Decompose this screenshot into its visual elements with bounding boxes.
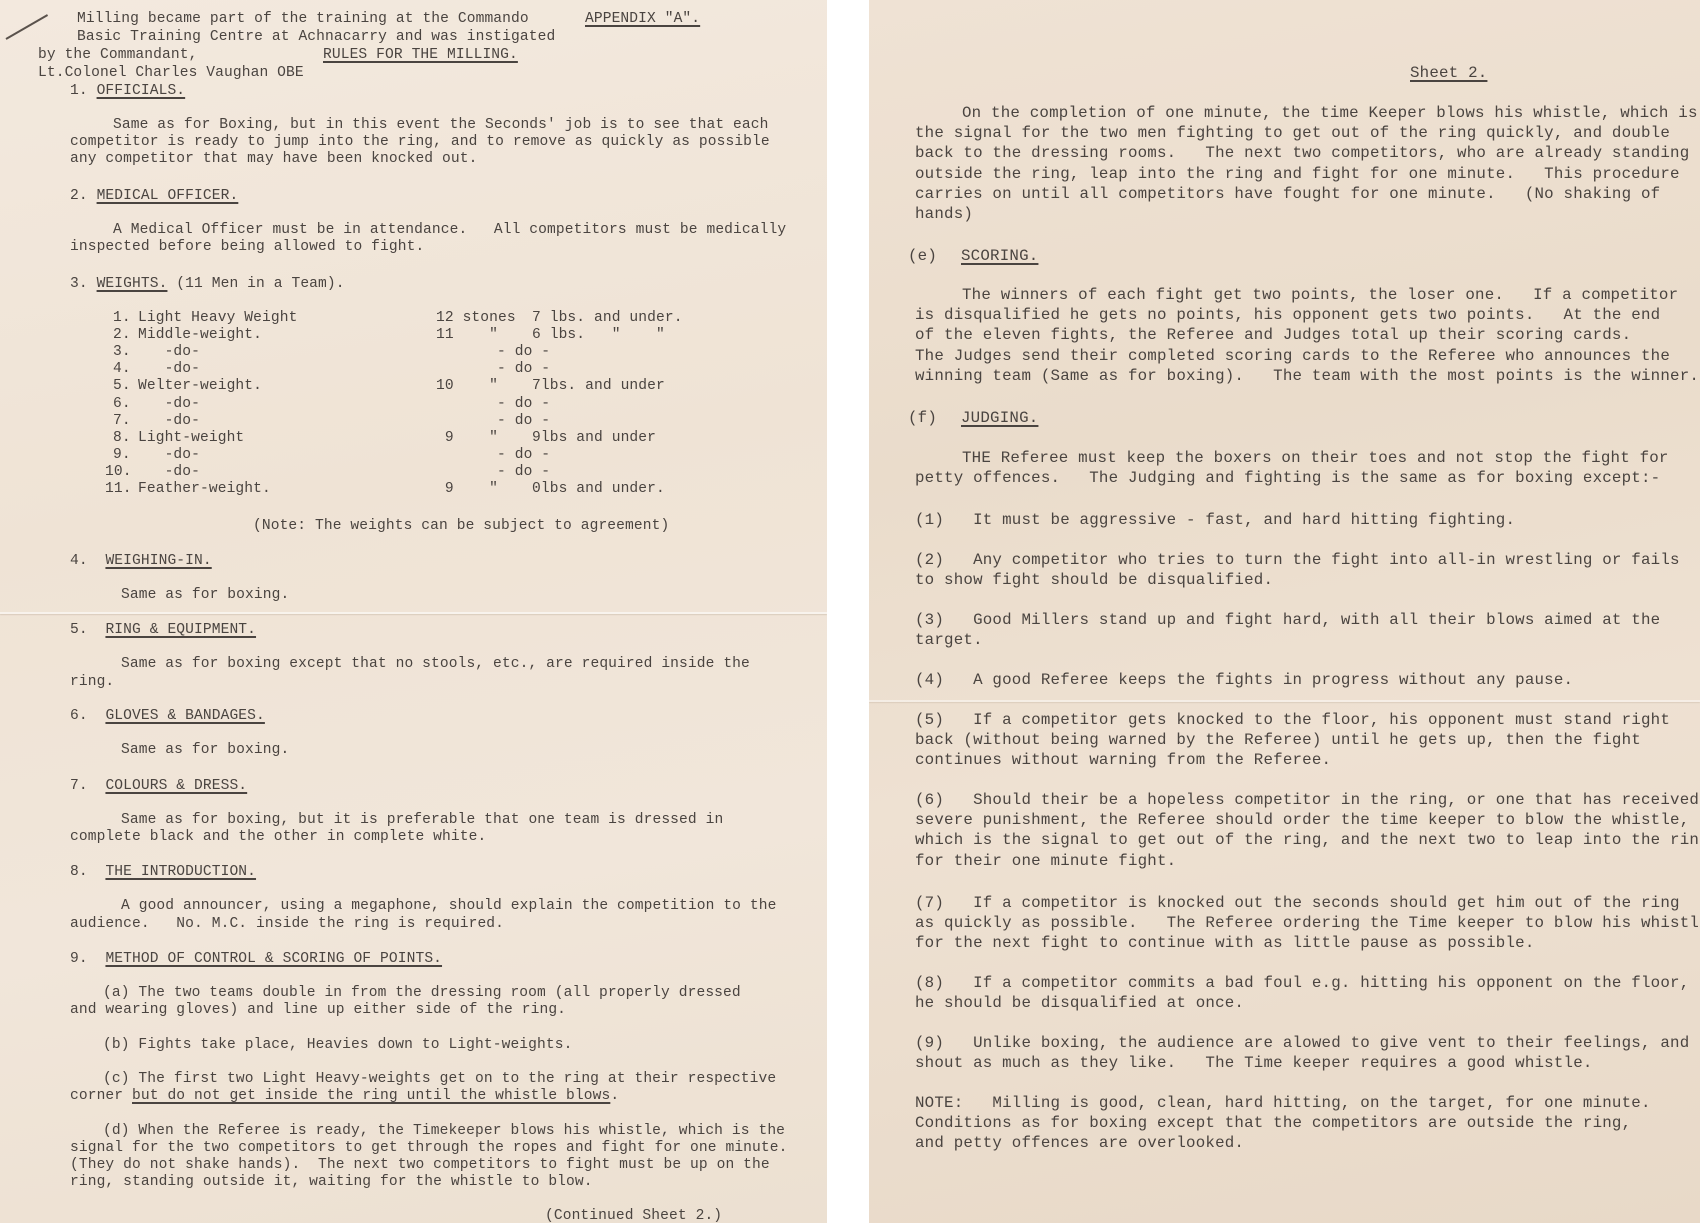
sheet-2-page: Sheet 2. On the completion of one minute… (869, 0, 1700, 1223)
weights-note: (Note: The weights can be subject to agr… (253, 518, 669, 535)
body-line: winning team (Same as for boxing). The t… (915, 366, 1699, 386)
weight-stones: 9 " (436, 430, 498, 447)
judging-rule-line: (2) Any competitor who tries to turn the… (915, 550, 1680, 570)
body-line: ring, standing outside it, waiting for t… (70, 1174, 593, 1191)
weight-lbs: - do - (497, 344, 550, 361)
weight-lbs: 7lbs. and under (532, 378, 665, 395)
weight-number: 11. (105, 481, 132, 498)
continued-label: (Continued Sheet 2.) (545, 1208, 722, 1223)
weight-lbs: 6 lbs. " " (532, 327, 665, 344)
weight-stones: 10 " (436, 378, 498, 395)
weight-class: -do- (138, 396, 200, 413)
body-line: inspected before being allowed to fight. (70, 239, 424, 256)
weight-class: -do- (138, 447, 200, 464)
body-line: the signal for the two men fighting to g… (915, 123, 1670, 143)
body-line: A good announcer, using a megaphone, sho… (121, 898, 776, 915)
body-line: carries on until all competitors have fo… (915, 184, 1660, 204)
judging-rule-line: severe punishment, the Referee should or… (915, 810, 1689, 830)
weight-number: 6. (113, 396, 131, 413)
body-line: The Judges send their completed scoring … (915, 346, 1670, 366)
body-line: (They do not shake hands). The next two … (70, 1157, 770, 1174)
body-line: hands) (915, 204, 973, 224)
weight-lbs: - do - (497, 361, 550, 378)
weight-lbs: 7 lbs. and under. (532, 310, 683, 327)
weight-lbs: - do - (497, 396, 550, 413)
subsection-label: (e) (908, 246, 937, 266)
judging-rule-line: (1) It must be aggressive - fast, and ha… (915, 510, 1515, 530)
sheet-title: Sheet 2. (1410, 63, 1487, 83)
judging-rule-line: back (without being warned by the Refere… (915, 730, 1641, 750)
body-line: A Medical Officer must be in attendance.… (113, 222, 786, 239)
weight-number: 9. (113, 447, 131, 464)
weight-lbs: 0lbs and under. (532, 481, 665, 498)
body-line: signal for the two competitors to get th… (70, 1140, 787, 1157)
weight-number: 4. (113, 361, 131, 378)
weight-class: -do- (138, 361, 200, 378)
weight-class: Light Heavy Weight (138, 310, 297, 327)
judging-rule-line: for their one minute fight. (915, 851, 1176, 871)
judging-rule-line: (7) If a competitor is knocked out the s… (915, 893, 1680, 913)
weight-stones: 12 stones (436, 310, 516, 327)
section-heading: 2. MEDICAL OFFICER. (70, 188, 238, 205)
paper-fold-crease (0, 612, 827, 614)
sheet-1-page: Milling became part of the training at t… (0, 0, 827, 1223)
body-line: Same as for boxing except that no stools… (121, 656, 750, 673)
weight-class: Middle-weight. (138, 327, 262, 344)
pencil-tick-mark (6, 14, 49, 40)
judging-rule-line: for the next fight to continue with as l… (915, 933, 1535, 953)
body-line: Same as for boxing. (121, 742, 289, 759)
subsection-heading: SCORING. (961, 246, 1038, 266)
judging-rule-line: he should be disqualified at once. (915, 993, 1244, 1013)
body-line: complete black and the other in complete… (70, 829, 486, 846)
weight-lbs: - do - (497, 464, 550, 481)
body-line: (b) Fights take place, Heavies down to L… (103, 1037, 572, 1054)
judging-rule-line: shout as much as they like. The Time kee… (915, 1053, 1593, 1073)
body-line: corner but do not get inside the ring un… (70, 1088, 619, 1105)
section-heading: 3. WEIGHTS. (11 Men in a Team). (70, 276, 345, 293)
weight-stones: 11 " (436, 327, 498, 344)
judging-rule-line: (5) If a competitor gets knocked to the … (915, 710, 1670, 730)
body-line: and wearing gloves) and line up either s… (70, 1002, 566, 1019)
document-title: RULES FOR THE MILLING. (323, 47, 518, 64)
body-line: ring. (70, 674, 114, 691)
weight-class: Light-weight (138, 430, 244, 447)
weight-number: 5. (113, 378, 131, 395)
intro-line: Milling became part of the training at t… (77, 11, 529, 28)
note-line: and petty offences are overlooked. (915, 1133, 1244, 1153)
judging-rule-line: continues without warning from the Refer… (915, 750, 1331, 770)
body-line: (a) The two teams double in from the dre… (103, 985, 741, 1002)
weight-number: 1. (113, 310, 131, 327)
intro-line: Basic Training Centre at Achnacarry and … (77, 29, 555, 46)
subsection-label: (f) (908, 408, 937, 428)
subsection-heading: JUDGING. (961, 408, 1038, 428)
judging-rule-line: target. (915, 630, 983, 650)
body-line: Same as for Boxing, but in this event th… (113, 117, 768, 134)
section-heading: 4. WEIGHING-IN. (70, 553, 212, 570)
body-line: any competitor that may have been knocke… (70, 151, 477, 168)
body-line: petty offences. The Judging and fighting… (915, 468, 1660, 488)
section-heading: 5. RING & EQUIPMENT. (70, 622, 256, 639)
body-line: back to the dressing rooms. The next two… (915, 143, 1689, 163)
weight-number: 2. (113, 327, 131, 344)
section-heading: 7. COLOURS & DRESS. (70, 778, 247, 795)
body-line: (c) The first two Light Heavy-weights ge… (103, 1071, 776, 1088)
body-line: THE Referee must keep the boxers on thei… (962, 448, 1669, 468)
body-line: outside the ring, leap into the ring and… (915, 164, 1680, 184)
section-heading: 6. GLOVES & BANDAGES. (70, 708, 265, 725)
intro-line: Lt.Colonel Charles Vaughan OBE (38, 65, 304, 82)
judging-rule-line: (8) If a competitor commits a bad foul e… (915, 973, 1689, 993)
judging-rule-line: (6) Should their be a hopeless competito… (915, 790, 1699, 810)
judging-rule-line: (4) A good Referee keeps the fights in p… (915, 670, 1573, 690)
weight-lbs: 9lbs and under (532, 430, 656, 447)
body-line: On the completion of one minute, the tim… (962, 103, 1698, 123)
judging-rule-line: to show fight should be disqualified. (915, 570, 1273, 590)
section-heading: 9. METHOD OF CONTROL & SCORING OF POINTS… (70, 951, 442, 968)
body-line: competitor is ready to jump into the rin… (70, 134, 770, 151)
section-heading: 8. THE INTRODUCTION. (70, 864, 256, 881)
body-line: is disqualified he gets no points, his o… (915, 305, 1660, 325)
weight-class: Welter-weight. (138, 378, 262, 395)
note-line: Conditions as for boxing except that the… (915, 1113, 1631, 1133)
appendix-label: APPENDIX "A". (585, 11, 700, 28)
weight-number: 10. (105, 464, 132, 481)
judging-rule-line: which is the signal to get out of the ri… (915, 830, 1700, 850)
paper-fold-crease (869, 700, 1700, 702)
body-line: (d) When the Referee is ready, the Timek… (103, 1123, 785, 1140)
body-line: Same as for boxing. (121, 587, 289, 604)
judging-rule-line: (3) Good Millers stand up and fight hard… (915, 610, 1660, 630)
weight-class: Feather-weight. (138, 481, 271, 498)
weight-lbs: - do - (497, 447, 550, 464)
weight-number: 8. (113, 430, 131, 447)
weight-stones: 9 " (436, 481, 498, 498)
weight-number: 7. (113, 413, 131, 430)
intro-line: by the Commandant, (38, 47, 197, 64)
weight-number: 3. (113, 344, 131, 361)
judging-rule-line: as quickly as possible. The Referee orde… (915, 913, 1700, 933)
weight-class: -do- (138, 413, 200, 430)
body-line: of the eleven fights, the Referee and Ju… (915, 325, 1631, 345)
section-heading: 1. OFFICIALS. (70, 83, 185, 100)
weight-class: -do- (138, 464, 200, 481)
note-line: NOTE: Milling is good, clean, hard hitti… (915, 1093, 1651, 1113)
body-line: The winners of each fight get two points… (962, 285, 1678, 305)
weight-class: -do- (138, 344, 200, 361)
body-line: audience. No. M.C. inside the ring is re… (70, 916, 504, 933)
weight-lbs: - do - (497, 413, 550, 430)
body-line: Same as for boxing, but it is preferable… (121, 812, 723, 829)
judging-rule-line: (9) Unlike boxing, the audience are alow… (915, 1033, 1689, 1053)
